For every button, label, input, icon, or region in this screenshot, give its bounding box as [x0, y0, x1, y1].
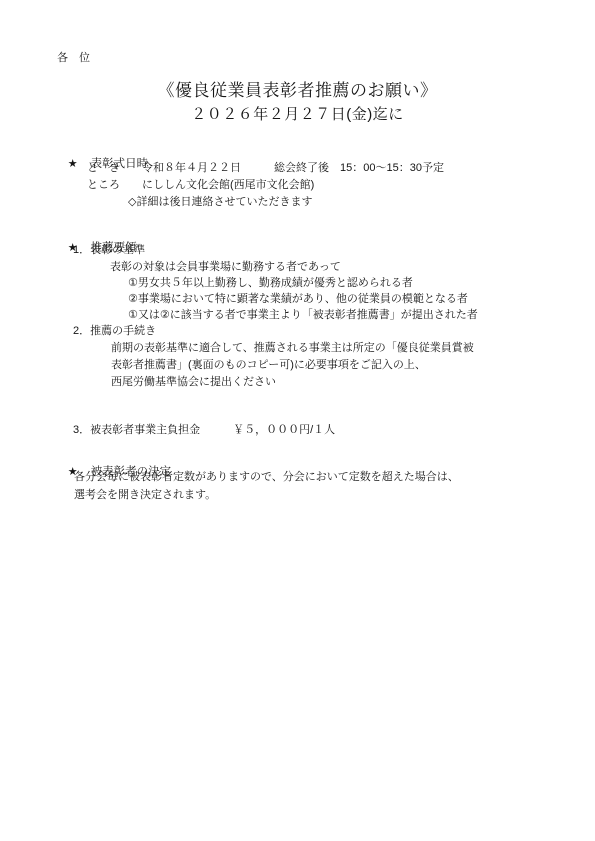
criteria-line-2: ②事業場において特に顕著な業績があり、他の従業員の模範となる者 — [128, 292, 468, 306]
procedure-line-1: 前期の表彰基準に適合して、推薦される事業主は所定の「優良従業員賞被 — [111, 341, 474, 355]
star-icon: ★ — [68, 157, 78, 171]
ceremony-note-line: ◇詳細は後日連絡させていただきます — [128, 195, 312, 209]
ceremony-when-line: と き 令和８年４月２２日 総会終了後 15：00～15：30予定 — [87, 161, 444, 175]
criteria-intro-line: 表彰の対象は会員事業場に勤務する者であって — [110, 260, 341, 274]
ceremony-where-line: ところ にししん文化会館(西尾市文化会館) — [87, 178, 314, 192]
decision-body-line-1: 各分会毎に被表彰者定数がありますので、分会において定数を超えた場合は、 — [74, 470, 459, 484]
recommendation-item1-title: 1．表彰の基準 — [73, 243, 145, 257]
decision-body-line-2: 選考会を開き決定されます。 — [74, 488, 216, 502]
document-page: 各 位 《優良従業員表彰者推薦のお願い》 ２０２６年２月２７日(金)迄に ★表彰… — [0, 0, 595, 841]
procedure-line-2: 表彰者推薦書」(裏面のものコピー可)に必要事項をご記入の上、 — [111, 358, 426, 372]
procedure-line-3: 西尾労働基準協会に提出ください — [111, 375, 276, 389]
deadline-line: ２０２６年２月２７日(金)迄に — [0, 108, 595, 122]
recommendation-item2-title: 2．推薦の手続き — [73, 324, 156, 338]
recipient-line: 各 位 — [57, 51, 90, 65]
criteria-line-1: ①男女共５年以上勤務し、勤務成績が優秀と認められる者 — [128, 276, 413, 290]
document-title: 《優良従業員表彰者推薦のお願い》 — [0, 84, 595, 98]
recommendation-item3-line: 3．被表彰者事業主負担金 ￥５，０００円/１人 — [73, 423, 335, 437]
criteria-line-3: ①又は②に該当する者で事業主より「被表彰者推薦書」が提出された者 — [128, 308, 478, 322]
